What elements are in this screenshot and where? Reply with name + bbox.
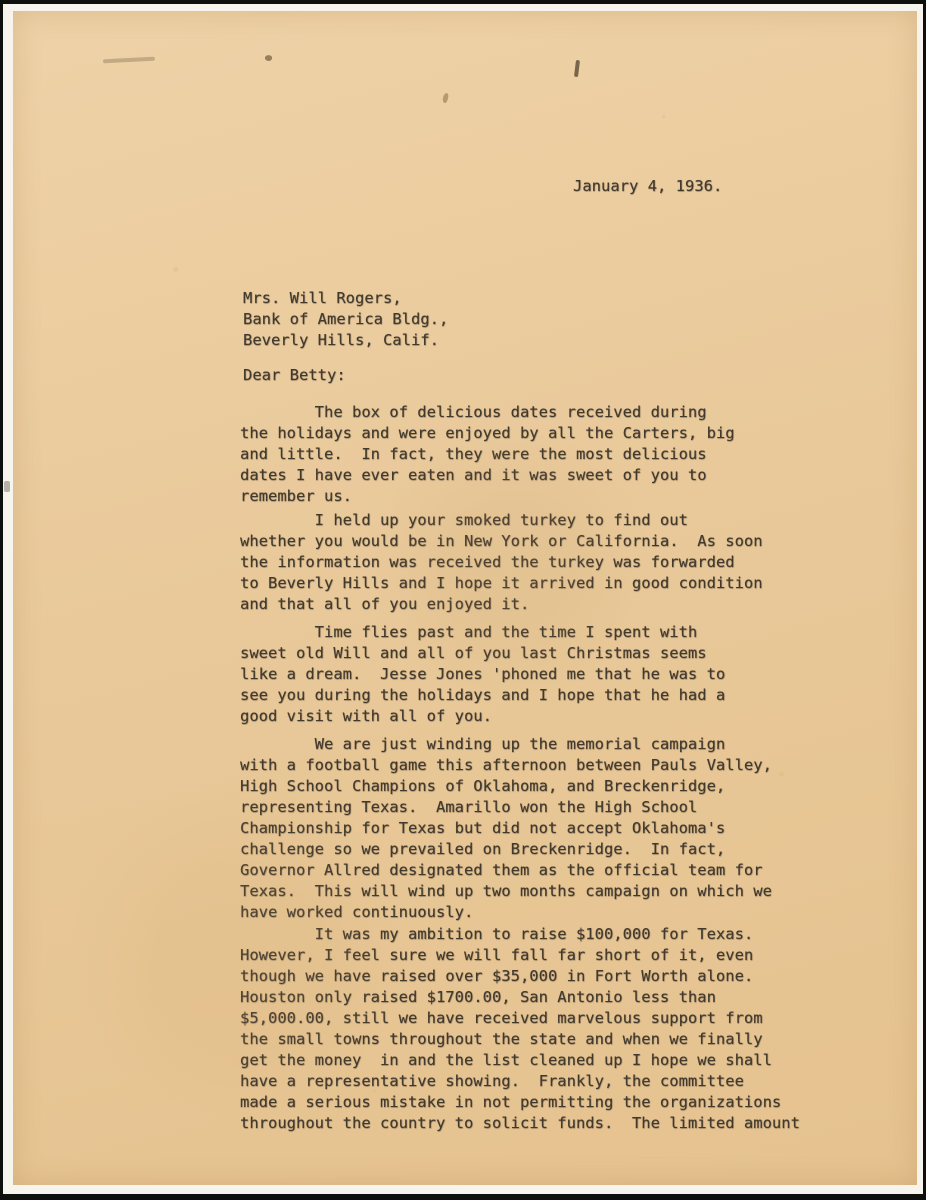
recipient-address: Mrs. Will Rogers, Bank of America Bldg.,…: [243, 288, 448, 351]
ink-speck-small: [442, 93, 450, 104]
letter-date: January 4, 1936.: [573, 176, 722, 197]
scan-white-border: January 4, 1936. Mrs. Will Rogers, Bank …: [3, 4, 923, 1194]
scanned-letter-screenshot: { "letter": { "date": "January 4, 1936."…: [0, 0, 926, 1200]
ink-speck: [264, 54, 273, 62]
scan-edge-mark: [4, 481, 10, 492]
ink-tick-mark: [574, 60, 580, 77]
ink-smudge: [103, 57, 155, 64]
salutation: Dear Betty:: [243, 365, 346, 386]
paragraph-memorial-campaign: We are just winding up the memorial camp…: [240, 734, 772, 923]
paragraph-dates-thanks: The box of delicious dates received duri…: [240, 402, 735, 507]
paragraph-time-flies: Time flies past and the time I spent wit…: [240, 622, 725, 727]
letter-page: January 4, 1936. Mrs. Will Rogers, Bank …: [13, 11, 917, 1185]
paragraph-smoked-turkey: I held up your smoked turkey to find out…: [240, 510, 763, 615]
paragraph-fundraising: It was my ambition to raise $100,000 for…: [240, 924, 800, 1134]
